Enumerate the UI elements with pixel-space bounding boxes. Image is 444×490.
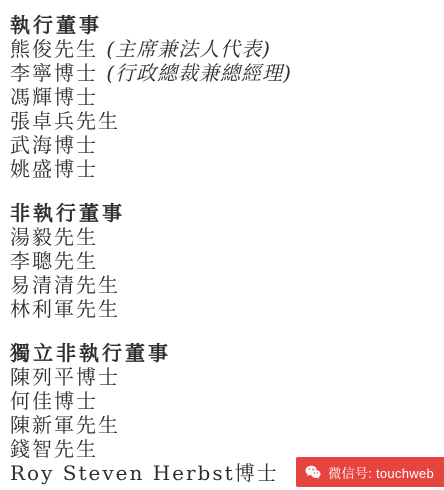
director-name: 湯毅先生 [10, 225, 98, 249]
list-item: 林利軍先生 [10, 297, 438, 321]
director-name: 林利軍先生 [10, 297, 120, 321]
list-item: 湯毅先生 [10, 225, 438, 249]
list-item: 張卓兵先生 [10, 109, 438, 133]
list-item: 何佳博士 [10, 389, 438, 413]
list-item: 陳列平博士 [10, 365, 438, 389]
section-heading: 獨立非執行董事 [10, 341, 438, 365]
wechat-id-label: 微信号: touchweb [328, 463, 434, 482]
list-item: 熊俊先生 (主席兼法人代表) [10, 37, 438, 61]
list-item: 武海博士 [10, 133, 438, 157]
director-name: 陳新軍先生 [10, 413, 120, 437]
director-section: 執行董事 熊俊先生 (主席兼法人代表) 李寧博士 (行政總裁兼總經理) 馮輝博士… [10, 13, 438, 181]
director-name: 熊俊先生 [10, 37, 98, 61]
director-section: 非執行董事 湯毅先生 李聰先生 易清清先生 林利軍先生 [10, 201, 438, 321]
director-name: 錢智先生 [10, 437, 98, 461]
director-name: 李聰先生 [10, 249, 98, 273]
director-name: 易清清先生 [10, 273, 120, 297]
list-item: 李聰先生 [10, 249, 438, 273]
director-name: 陳列平博士 [10, 365, 120, 389]
list-item: 李寧博士 (行政總裁兼總經理) [10, 61, 438, 85]
wechat-watermark: 微信号: touchweb [296, 457, 444, 487]
list-item: 易清清先生 [10, 273, 438, 297]
section-heading: 執行董事 [10, 13, 438, 37]
page: { "page": { "background": "#ffffff", "te… [0, 0, 444, 490]
wechat-icon [304, 463, 322, 481]
list-item: 姚盛博士 [10, 157, 438, 181]
director-role: (主席兼法人代表) [106, 37, 271, 61]
director-name: 李寧博士 [10, 61, 98, 85]
director-role: (行政總裁兼總經理) [106, 61, 292, 85]
director-name: 姚盛博士 [10, 157, 98, 181]
list-item: 陳新軍先生 [10, 413, 438, 437]
director-name: 馮輝博士 [10, 85, 98, 109]
directors-list: 執行董事 熊俊先生 (主席兼法人代表) 李寧博士 (行政總裁兼總經理) 馮輝博士… [10, 13, 438, 485]
director-name: 武海博士 [10, 133, 98, 157]
director-name: Roy Steven Herbst博士 [10, 461, 279, 485]
director-name: 何佳博士 [10, 389, 98, 413]
list-item: 馮輝博士 [10, 85, 438, 109]
section-heading: 非執行董事 [10, 201, 438, 225]
director-name: 張卓兵先生 [10, 109, 120, 133]
